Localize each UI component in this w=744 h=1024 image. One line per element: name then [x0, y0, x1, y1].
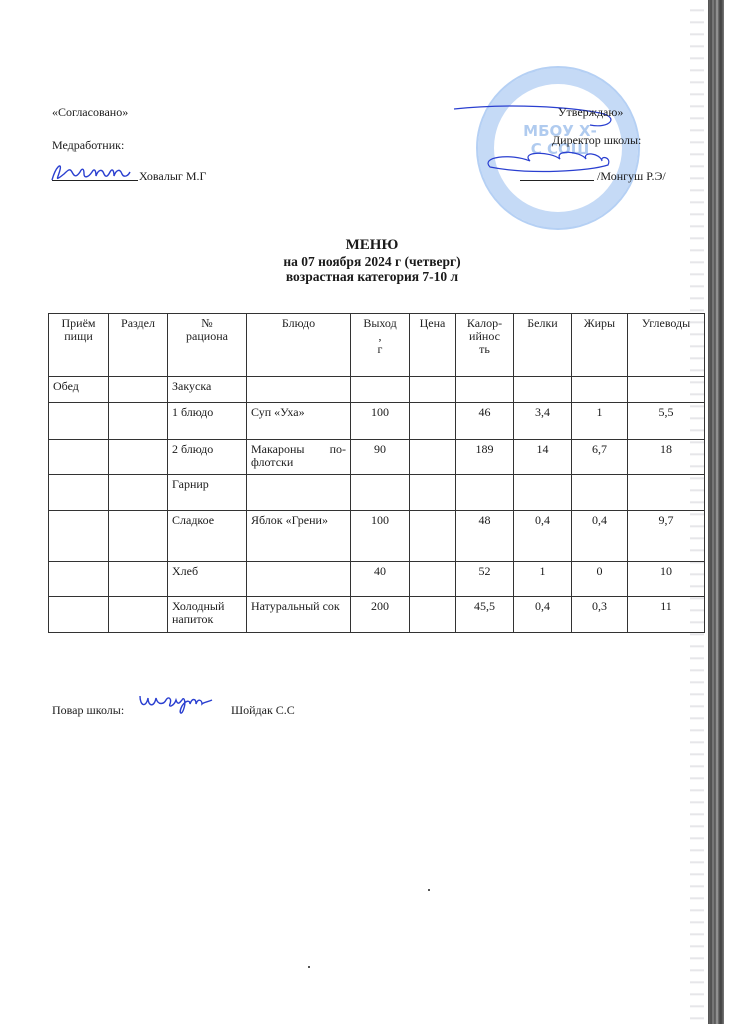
calories-cell: 48: [456, 511, 514, 562]
dish-cell: [247, 475, 351, 511]
fat-cell: 0,4: [572, 511, 628, 562]
column-header-line: г: [355, 343, 405, 356]
director-role-label: Директор школы:: [552, 133, 641, 147]
calories-cell: 45,5: [456, 597, 514, 633]
director-name: /Монгуш Р.Э/: [597, 169, 666, 183]
section-cell: [109, 440, 168, 475]
yield-cell: 200: [351, 597, 410, 633]
calories-cell: [456, 377, 514, 403]
carbs-cell: 5,5: [628, 403, 705, 440]
meal-cell: [49, 403, 109, 440]
column-header: Жиры: [572, 314, 628, 377]
column-header: Раздел: [109, 314, 168, 377]
carbs-cell: [628, 475, 705, 511]
agreed-label: «Согласовано»: [52, 105, 128, 119]
section-cell: [109, 377, 168, 403]
column-header: Калор-ийность: [456, 314, 514, 377]
section-cell: [109, 403, 168, 440]
approve-label: Утверждаю»: [558, 105, 623, 119]
scan-speck: [308, 966, 310, 968]
table-row: 1 блюдоСуп «Уха»100463,415,5: [49, 403, 705, 440]
ration-cell: Закуска: [168, 377, 247, 403]
fat-cell: [572, 377, 628, 403]
dish-cell: Макароны по-флотски: [247, 440, 351, 475]
column-header: Выход,г: [351, 314, 410, 377]
meal-cell: [49, 597, 109, 633]
medworker-role-label: Медработник:: [52, 138, 124, 152]
column-header-line: ть: [460, 343, 509, 356]
price-cell: [410, 440, 456, 475]
yield-cell: [351, 475, 410, 511]
medworker-name: Ховалыг М.Г: [139, 169, 206, 183]
column-header: Приёмпищи: [49, 314, 109, 377]
column-header-line: Белки: [518, 317, 567, 330]
column-header-line: Цена: [414, 317, 451, 330]
column-header: Углеводы: [628, 314, 705, 377]
fat-cell: 1: [572, 403, 628, 440]
column-header: Блюдо: [247, 314, 351, 377]
ration-cell: 2 блюдо: [168, 440, 247, 475]
dish-cell: [247, 377, 351, 403]
calories-cell: 189: [456, 440, 514, 475]
column-header-line: Блюдо: [251, 317, 346, 330]
meal-cell: [49, 562, 109, 597]
director-signature-line: [520, 180, 594, 181]
menu-title-block: МЕНЮ на 07 ноября 2024 г (четверг) возра…: [0, 237, 744, 284]
table-row: Хлеб40521010: [49, 562, 705, 597]
calories-cell: [456, 475, 514, 511]
column-header: Белки: [514, 314, 572, 377]
fat-cell: [572, 475, 628, 511]
medworker-signature-icon: [48, 160, 143, 186]
price-cell: [410, 511, 456, 562]
price-cell: [410, 597, 456, 633]
column-header-line: Жиры: [576, 317, 623, 330]
fat-cell: 0: [572, 562, 628, 597]
table-row: 2 блюдоМакароны по-флотски90189146,718: [49, 440, 705, 475]
protein-cell: 0,4: [514, 597, 572, 633]
ration-cell: Гарнир: [168, 475, 247, 511]
scan-speck: [428, 889, 430, 891]
ration-cell: 1 блюдо: [168, 403, 247, 440]
yield-cell: [351, 377, 410, 403]
column-header-line: Углеводы: [632, 317, 700, 330]
fat-cell: 6,7: [572, 440, 628, 475]
table-row: ОбедЗакуска: [49, 377, 705, 403]
ration-cell: Холодный напиток: [168, 597, 247, 633]
section-cell: [109, 511, 168, 562]
cook-name: Шойдак С.С: [231, 703, 295, 717]
yield-cell: 100: [351, 511, 410, 562]
section-cell: [109, 562, 168, 597]
column-header: Цена: [410, 314, 456, 377]
column-header-line: пищи: [53, 330, 104, 343]
table-body: ОбедЗакуска1 блюдоСуп «Уха»100463,415,52…: [49, 377, 705, 633]
dish-cell: Яблок «Грени»: [247, 511, 351, 562]
meal-cell: [49, 440, 109, 475]
table-row: Холодный напитокНатуральный сок20045,50,…: [49, 597, 705, 633]
price-cell: [410, 562, 456, 597]
column-header-line: Раздел: [113, 317, 163, 330]
section-cell: [109, 597, 168, 633]
price-cell: [410, 403, 456, 440]
section-cell: [109, 475, 168, 511]
column-header: №рациона: [168, 314, 247, 377]
cook-role-label: Повар школы:: [52, 703, 124, 717]
protein-cell: 0,4: [514, 511, 572, 562]
carbs-cell: 11: [628, 597, 705, 633]
meal-cell: Обед: [49, 377, 109, 403]
table-header-row: ПриёмпищиРаздел№рационаБлюдоВыход,гЦенаК…: [49, 314, 705, 377]
table-row: Гарнир: [49, 475, 705, 511]
meal-cell: [49, 475, 109, 511]
price-cell: [410, 377, 456, 403]
menu-table: ПриёмпищиРаздел№рационаБлюдоВыход,гЦенаК…: [48, 313, 705, 633]
dish-cell: Натуральный сок: [247, 597, 351, 633]
menu-title: МЕНЮ: [0, 237, 744, 254]
yield-cell: 90: [351, 440, 410, 475]
yield-cell: 40: [351, 562, 410, 597]
protein-cell: [514, 475, 572, 511]
yield-cell: 100: [351, 403, 410, 440]
column-header-line: рациона: [172, 330, 242, 343]
protein-cell: 1: [514, 562, 572, 597]
table-row: СладкоеЯблок «Грени»100480,40,49,7: [49, 511, 705, 562]
protein-cell: [514, 377, 572, 403]
scan-edge-strip: [708, 0, 724, 1024]
menu-age-category: возрастная категория 7-10 л: [0, 269, 744, 284]
carbs-cell: 10: [628, 562, 705, 597]
dish-cell: Суп «Уха»: [247, 403, 351, 440]
protein-cell: 3,4: [514, 403, 572, 440]
cook-signature-icon: [136, 688, 216, 718]
dish-cell: [247, 562, 351, 597]
ration-cell: Сладкое: [168, 511, 247, 562]
menu-date: на 07 ноября 2024 г (четверг): [0, 254, 744, 269]
price-cell: [410, 475, 456, 511]
calories-cell: 52: [456, 562, 514, 597]
ration-cell: Хлеб: [168, 562, 247, 597]
calories-cell: 46: [456, 403, 514, 440]
fat-cell: 0,3: [572, 597, 628, 633]
carbs-cell: 18: [628, 440, 705, 475]
carbs-cell: 9,7: [628, 511, 705, 562]
carbs-cell: [628, 377, 705, 403]
protein-cell: 14: [514, 440, 572, 475]
meal-cell: [49, 511, 109, 562]
